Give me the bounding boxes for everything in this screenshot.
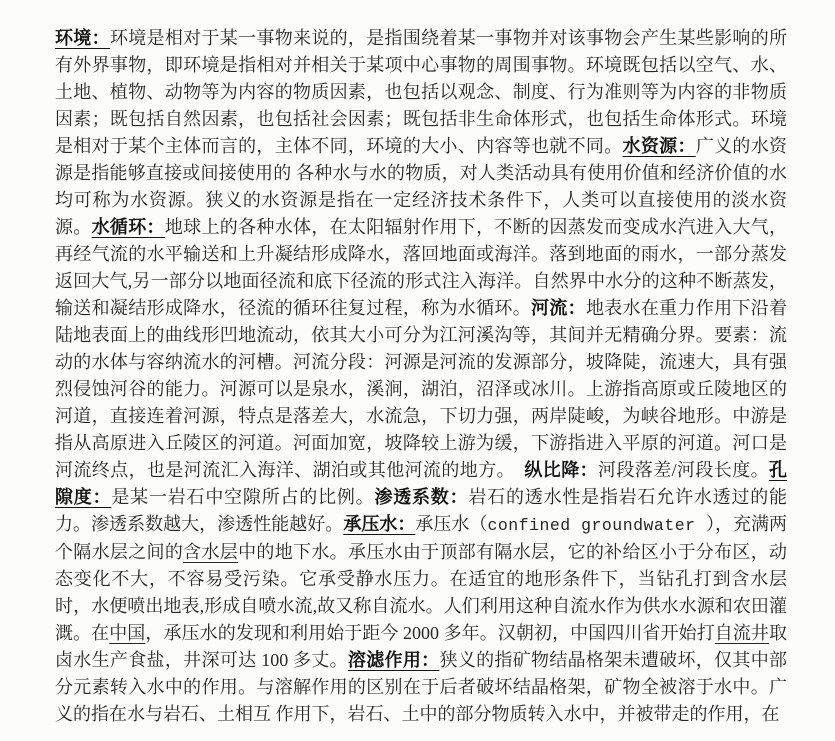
def-confined-water-d: ，承压水的发现和利用始于距今 2000 多年。汉朝初，中国四川省开始打	[145, 623, 714, 643]
term-confined-water: 承压水：	[343, 514, 415, 534]
china-underlined: 中国	[109, 623, 145, 643]
term-water-cycle: 水循环：	[92, 217, 165, 237]
term-environment: 环境：	[55, 28, 110, 48]
document-text: 环境：环境是相对于某一事物来说的，是指围绕着某一事物并对该事物会产生某些影响的所…	[55, 25, 787, 728]
def-longitudinal-gradient: 河段落差/河段长度。	[598, 460, 769, 480]
artesian-well-underlined: 自流井	[715, 623, 769, 643]
def-porosity: 是某一岩石中空隙所占的比例。	[111, 487, 374, 507]
aquifer-underlined: 含水层	[183, 542, 238, 562]
confined-groundwater-latin: confined groundwater	[487, 516, 705, 535]
def-river: 地表水在重力作用下沿着陆地表面上的曲线形凹地流动，依其大小可分为江河溪沟等，其间…	[55, 298, 787, 480]
term-water-resources: 水资源：	[623, 136, 696, 156]
scanned-document-page: { "page": { "background": "#f8f7f5", "pa…	[0, 0, 835, 741]
term-river: 河流：	[531, 298, 586, 318]
term-longitudinal-gradient: 纵比降：	[524, 460, 598, 480]
term-leaching: 溶滤作用：	[348, 650, 440, 670]
def-confined-water-a: 承压水（	[415, 514, 487, 534]
term-permeability-coefficient: 渗透系数：	[374, 487, 468, 507]
